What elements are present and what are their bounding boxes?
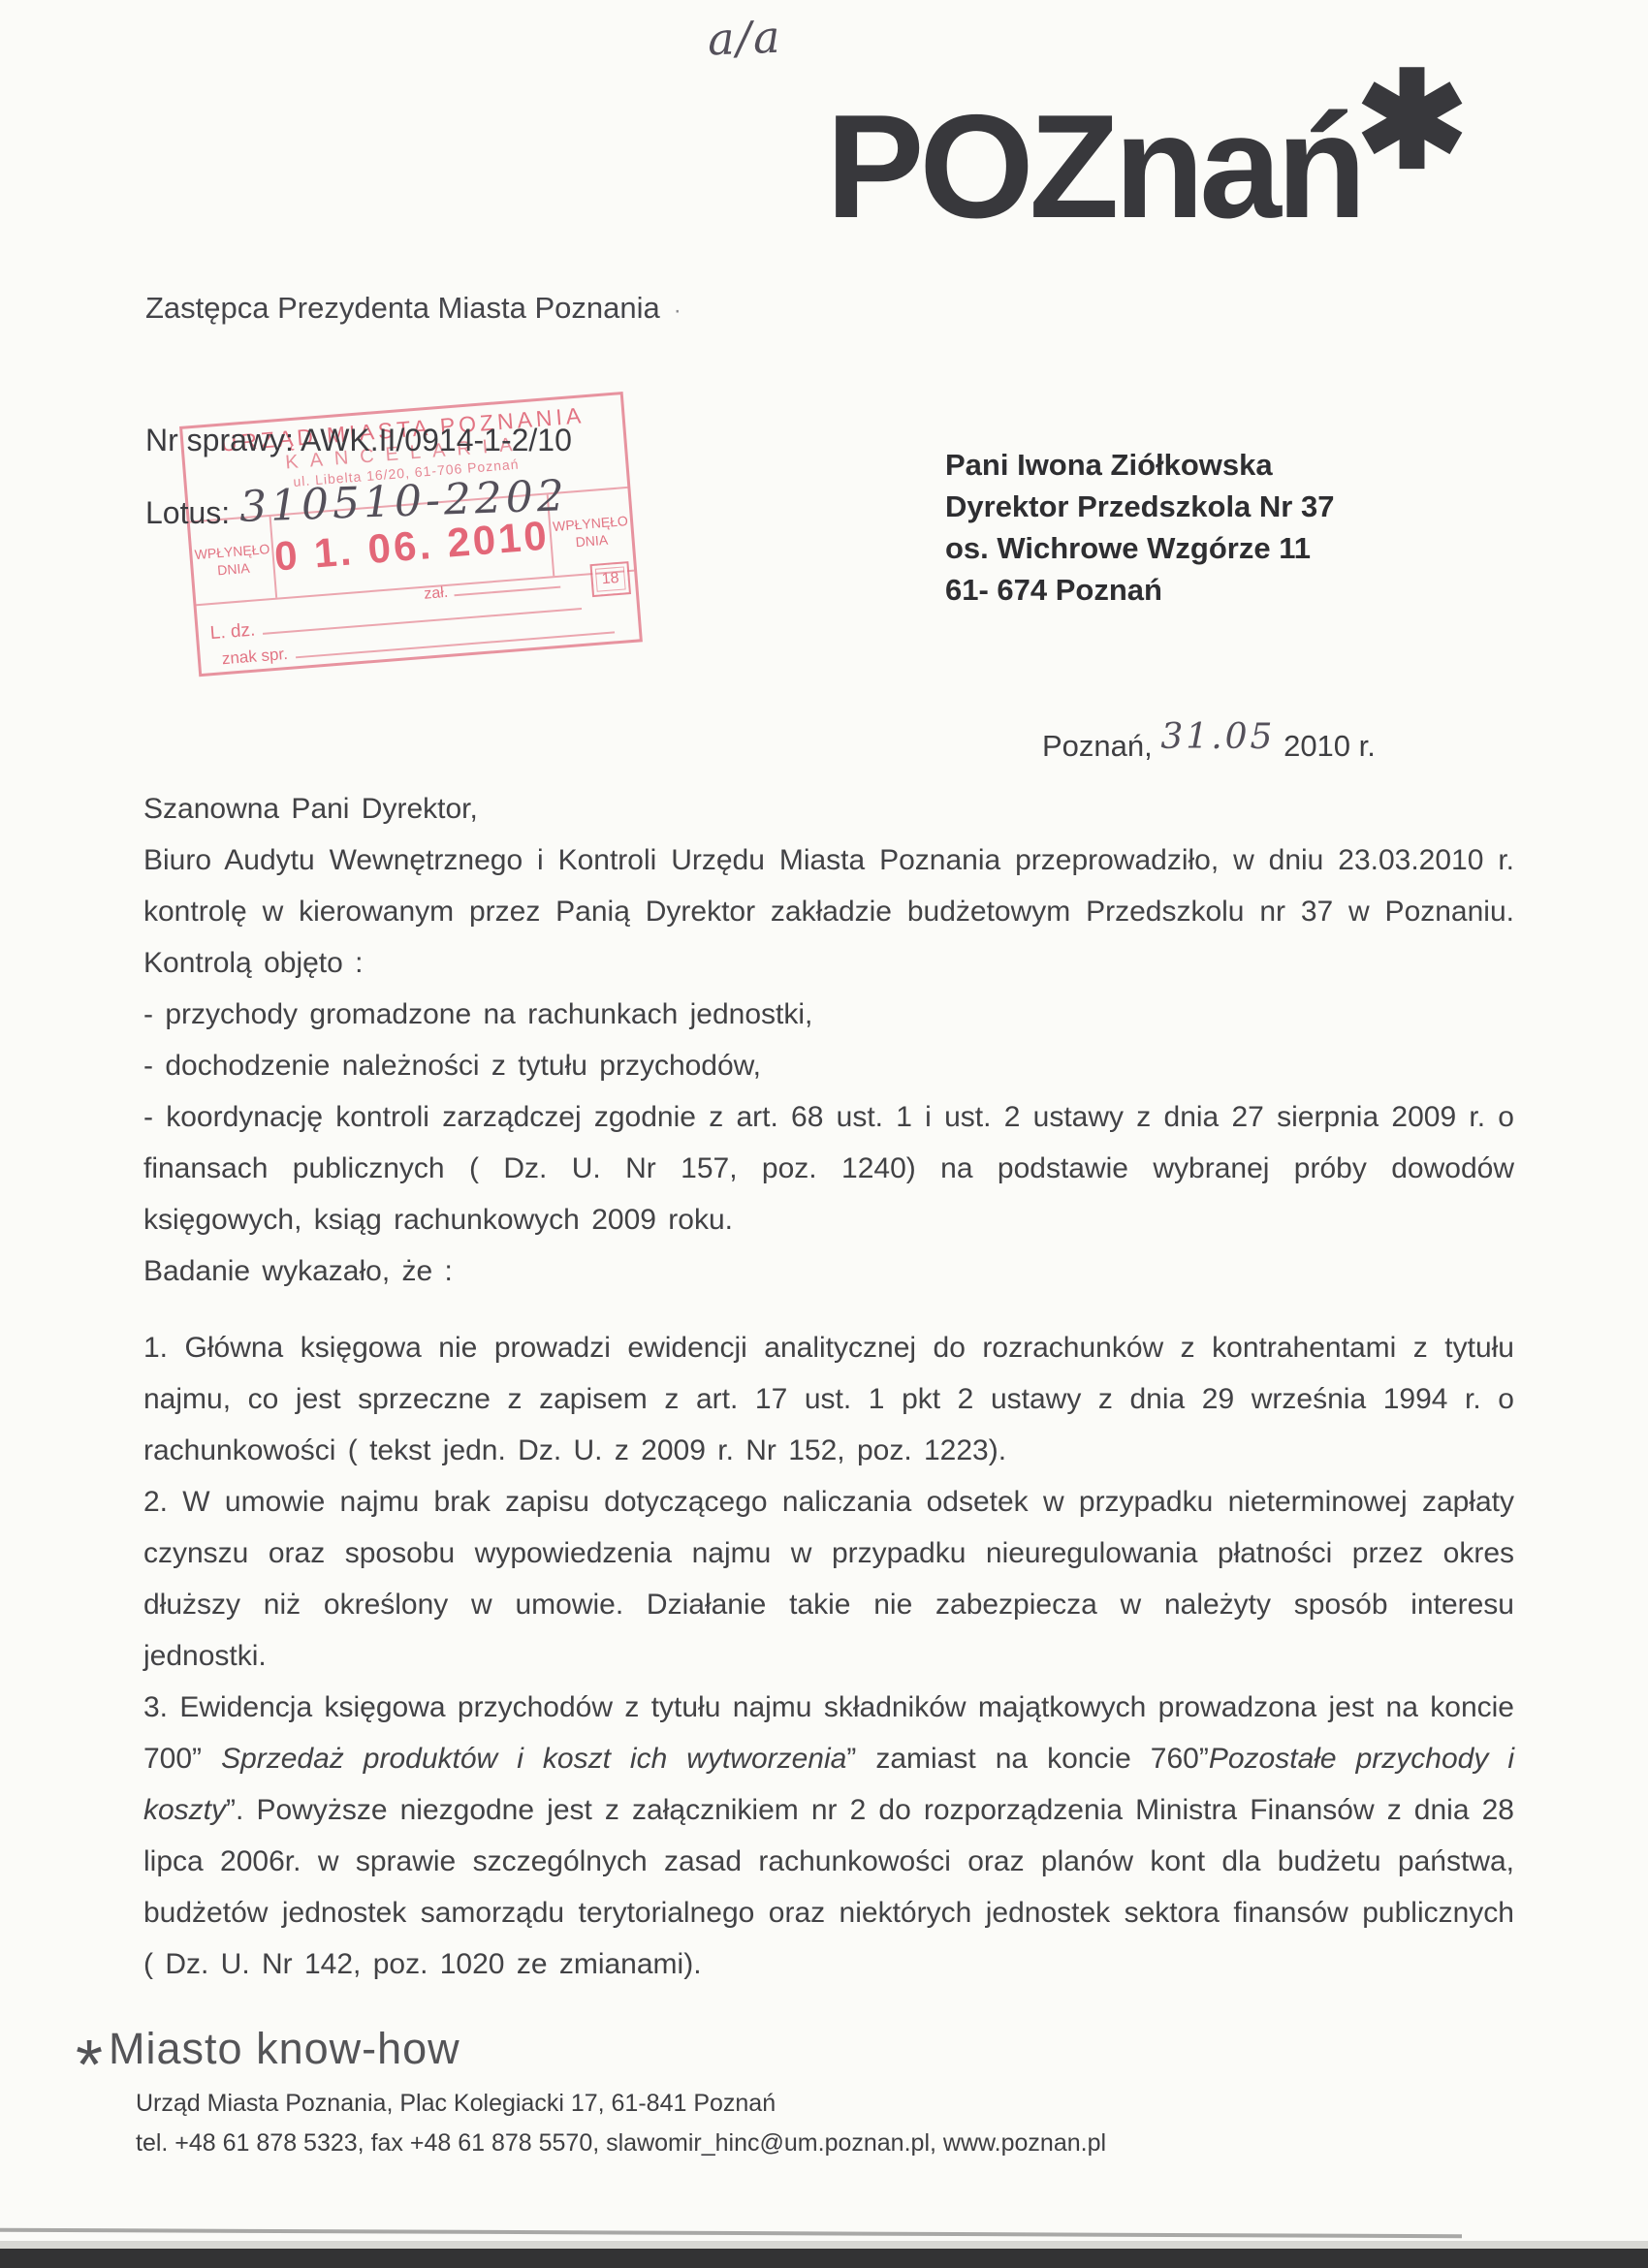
dateline-year: 2010 r. xyxy=(1284,729,1376,763)
footer-star-icon: * xyxy=(76,2027,103,2104)
letter-body: Szanowna Pani Dyrektor, Biuro Audytu Wew… xyxy=(143,783,1514,1990)
handwritten-annotation: a/a xyxy=(707,11,782,66)
recipient-role: Dyrektor Przedszkola Nr 37 xyxy=(945,486,1334,527)
recipient-street: os. Wichrowe Wzgórze 11 xyxy=(945,527,1334,569)
poznan-logo-star-icon: ✱ xyxy=(1356,54,1469,188)
footer-contact: tel. +48 61 878 5323, fax +48 61 878 557… xyxy=(136,2129,1106,2158)
bullet-item-2: - dochodzenie należności z tytułu przych… xyxy=(143,1040,1514,1091)
dateline-handwritten-date: 31.05 xyxy=(1160,717,1275,757)
stamp-zal-label: zał. xyxy=(424,584,449,603)
stamp-corner-number: 18 xyxy=(589,561,631,597)
case-info-block: Nr sprawy: AWK.II/0914-1-2/10 Lotus:3105… xyxy=(145,423,572,547)
poznan-logo-wordmark: POZnań xyxy=(826,93,1362,240)
sender-title: Zastępca Prezydenta Miasta Poznania· xyxy=(145,291,681,326)
recipient-city: 61- 674 Poznań xyxy=(945,569,1334,611)
finding-3: 3. Ewidencja księgowa przychodów z tytuł… xyxy=(143,1682,1514,1990)
sender-title-text: Zastępca Prezydenta Miasta Poznania xyxy=(145,291,660,325)
scanned-letter-page: a/a POZnań✱ Zastępca Prezydenta Miasta P… xyxy=(0,0,1648,2268)
footer-address: Urząd Miasta Poznania, Plac Kolegiacki 1… xyxy=(136,2090,1106,2118)
bullet-item-1: - przychody gromadzone na rachunkach jed… xyxy=(143,989,1514,1040)
scan-edge-band xyxy=(0,2249,1648,2268)
findings-header: Badanie wykazało, że : xyxy=(143,1245,1514,1297)
recipient-name: Pani Iwona Ziółkowska xyxy=(945,444,1334,486)
footer-brand-text: Miasto know-how xyxy=(109,2024,460,2073)
scan-edge-line xyxy=(0,2228,1462,2239)
intro-paragraph: Biuro Audytu Wewnętrznego i Kontroli Urz… xyxy=(143,835,1514,989)
stray-dot: · xyxy=(674,298,681,324)
footer-brand: *Miasto know-how xyxy=(76,2024,1106,2074)
case-number-label: Nr sprawy: xyxy=(145,423,294,457)
recipient-block: Pani Iwona Ziółkowska Dyrektor Przedszko… xyxy=(945,444,1334,611)
finding-2: 2. W umowie najmu brak zapisu dotycząceg… xyxy=(143,1476,1514,1682)
lotus-handwritten-value: 310510-2202 xyxy=(238,471,568,532)
footer: *Miasto know-how Urząd Miasta Poznania, … xyxy=(76,2024,1106,2158)
poznan-logo: POZnań✱ xyxy=(826,93,1474,240)
dateline-city: Poznań, xyxy=(1042,729,1153,763)
dateline: Poznań, 31.05 2010 r. xyxy=(1042,725,1376,765)
salutation: Szanowna Pani Dyrektor, xyxy=(143,783,1514,835)
bullet-item-3: - koordynację kontroli zarządczej zgodni… xyxy=(143,1091,1514,1245)
scan-edge-fade xyxy=(0,2241,1648,2249)
finding-1: 1. Główna księgowa nie prowadzi ewidencj… xyxy=(143,1322,1514,1476)
finding-3-seg-3: ” zamiast na koncie 760” xyxy=(846,1743,1209,1775)
case-number-value: AWK.II/0914-1-2/10 xyxy=(301,423,572,457)
stamp-ldz-label: L. dz. xyxy=(209,620,256,645)
lotus-label: Lotus: xyxy=(145,495,230,530)
lotus-line: Lotus:310510-2202 xyxy=(145,485,572,547)
finding-3-seg-2-italic: Sprzedaż produktów i koszt ich wytworzen… xyxy=(221,1743,846,1775)
stamp-znak-label: znak spr. xyxy=(221,645,288,668)
finding-3-seg-5: ”. Powyższe niezgodne jest z załącznikie… xyxy=(143,1794,1514,1980)
